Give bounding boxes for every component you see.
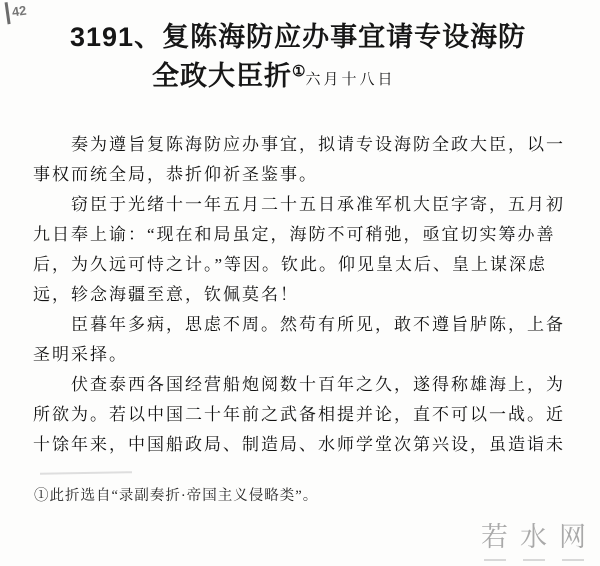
body-line: 事权而统全局，恭折仰祈圣鉴事。: [33, 160, 578, 190]
footnote-reference-mark: ①: [292, 63, 305, 80]
watermark-underline-marks: [484, 559, 584, 561]
body-line: 伏查泰西各国经营船炮阅数十百年之久，遂得称雄海上，为: [33, 370, 578, 400]
body-line: 奏为遵旨复陈海防应办事宜，拟请专设海防全政大臣，以一: [33, 130, 578, 160]
title-date: 六月十八日: [305, 71, 395, 88]
document-title-line1: 3191、复陈海防应办事宜请专设海防: [0, 20, 600, 54]
footnote-separator-rule: [40, 471, 132, 475]
title-text-part2: 全政大臣折: [152, 61, 292, 91]
body-line: 圣明采择。: [33, 340, 578, 370]
body-line: 臣暮年多病，思虑不周。然苟有所见，敢不遵旨胪陈，上备: [33, 310, 578, 340]
page-number-stamp: 42: [5, 0, 28, 24]
body-line: 十馀年来，中国船政局、制造局、水师学堂次第兴设，虽造诣未: [33, 430, 578, 460]
document-body: 奏为遵旨复陈海防应办事宜，拟请专设海防全政大臣，以一 事权而统全局，恭折仰祈圣鉴…: [33, 130, 578, 460]
body-line: 远，轸念海疆至意，钦佩莫名！: [33, 280, 578, 310]
document-number: 3191、: [70, 22, 162, 52]
body-line: 后，为久远可恃之计。”等因。钦此。仰见皇太后、皇上谋深虑: [33, 250, 578, 280]
scanned-document-page: 42 3191、复陈海防应办事宜请专设海防 全政大臣折①六月十八日 奏为遵旨复陈…: [0, 0, 600, 566]
body-line: 窃臣于光绪十一年五月二十五日承准军机大臣字寄，五月初: [33, 190, 578, 220]
body-line: 九日奉上谕：“现在和局虽定，海防不可稍弛，亟宜切实筹办善: [33, 220, 578, 250]
document-title-line2: 全政大臣折①六月十八日: [0, 55, 600, 97]
body-line: 所欲为。若以中国二十年前之武备相提并论，直不可以一战。近: [33, 400, 578, 430]
site-watermark: 若水网: [481, 515, 598, 554]
title-text-part1: 复陈海防应办事宜请专设海防: [162, 22, 526, 52]
document-title: 3191、复陈海防应办事宜请专设海防 全政大臣折①六月十八日: [0, 20, 600, 97]
footnote-text: ①此折选自“录副奏折·帝国主义侵略类”。: [34, 484, 600, 505]
